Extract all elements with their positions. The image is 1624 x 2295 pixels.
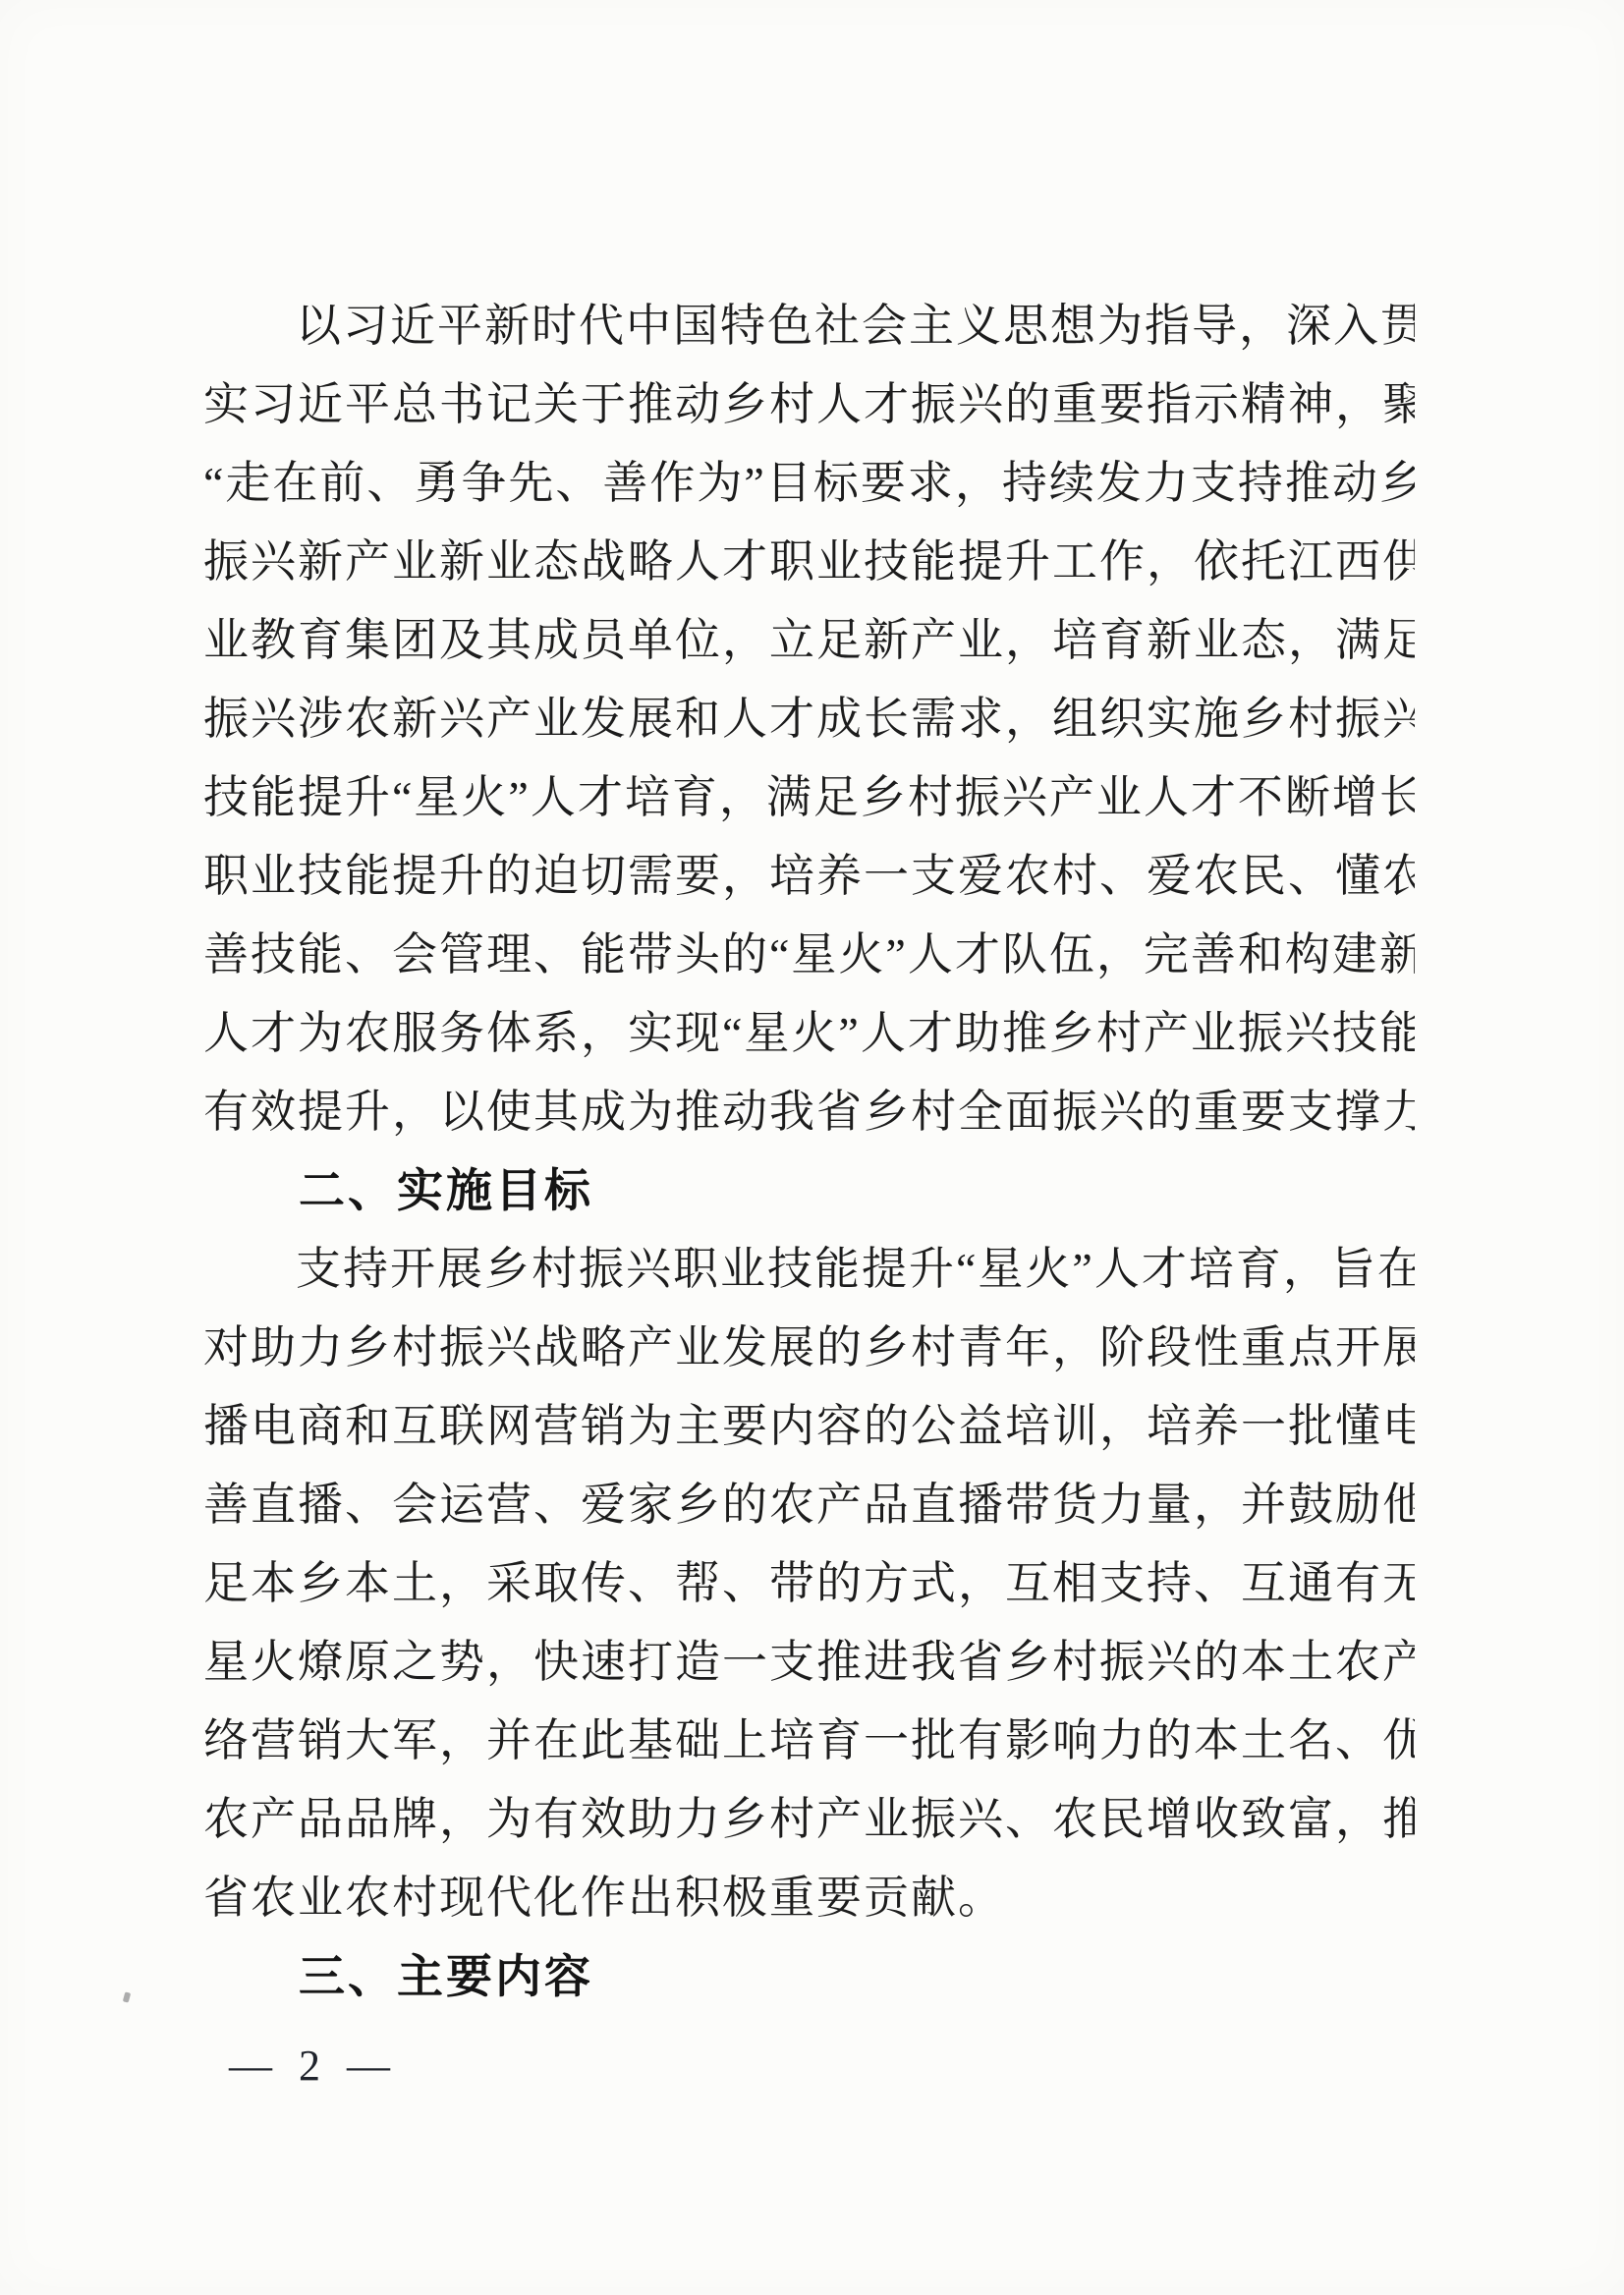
text-line: 人才为农服务体系，实现“星火”人才助推乡村产业振兴技能的	[203, 994, 1415, 1073]
page-number: — 2 —	[229, 2032, 398, 2100]
text-line: 星火燎原之势，快速打造一支推进我省乡村振兴的本土农产品网	[203, 1623, 1415, 1702]
text-line: 以习近平新时代中国特色社会主义思想为指导，深入贯彻落	[203, 287, 1415, 365]
scan-artifact	[123, 1991, 131, 2002]
paragraph-implementation-goals: 支持开展乡村振兴职业技能提升“星火”人才培育，旨在针对助力乡村振兴战略产业发展的…	[203, 1230, 1415, 1937]
text-line: 善直播、会运营、爱家乡的农产品直播带货力量，并鼓励他们立	[203, 1466, 1415, 1544]
text-line: 业教育集团及其成员单位，立足新产业，培育新业态，满足乡村	[203, 601, 1415, 680]
text-line: 农产品品牌，为有效助力乡村产业振兴、农民增收致富，推动全	[203, 1780, 1415, 1859]
text-line: 络营销大军，并在此基础上培育一批有影响力的本土名、优、特	[203, 1702, 1415, 1780]
text-line: 实习近平总书记关于推动乡村人才振兴的重要指示精神，聚焦	[203, 365, 1415, 444]
text-line: 省农业农村现代化作出积极重要贡献。	[203, 1859, 1415, 1937]
text-line: 对助力乡村振兴战略产业发展的乡村青年，阶段性重点开展以直	[203, 1309, 1415, 1387]
text-line: 技能提升“星火”人才培育，满足乡村振兴产业人才不断增长的	[203, 758, 1415, 837]
text-line: 职业技能提升的迫切需要，培养一支爱农村、爱农民、懂农业、	[203, 837, 1415, 916]
text-line: 振兴新产业新业态战略人才职业技能提升工作，依托江西供销职	[203, 523, 1415, 601]
text-line: 善技能、会管理、能带头的“星火”人才队伍，完善和构建新型	[203, 916, 1415, 994]
paragraph-guiding-ideology: 以习近平新时代中国特色社会主义思想为指导，深入贯彻落实习近平总书记关于推动乡村人…	[203, 287, 1415, 1151]
text-line: “走在前、勇争先、善作为”目标要求，持续发力支持推动乡村	[203, 444, 1415, 523]
heading-implementation-goals: 二、实施目标	[203, 1151, 1415, 1230]
text-line: 有效提升，以使其成为推动我省乡村全面振兴的重要支撑力量。	[203, 1073, 1415, 1151]
text-line: 播电商和互联网营销为主要内容的公益培训，培养一批懂电商、	[203, 1387, 1415, 1466]
heading-main-content: 三、主要内容	[203, 1937, 1415, 2016]
text-line: 足本乡本土，采取传、帮、带的方式，互相支持、互通有无，以	[203, 1544, 1415, 1623]
text-line: 支持开展乡村振兴职业技能提升“星火”人才培育，旨在针	[203, 1230, 1415, 1309]
document-body: 以习近平新时代中国特色社会主义思想为指导，深入贯彻落实习近平总书记关于推动乡村人…	[203, 287, 1415, 2016]
text-line: 振兴涉农新兴产业发展和人才成长需求，组织实施乡村振兴职业	[203, 680, 1415, 758]
document-page: 以习近平新时代中国特色社会主义思想为指导，深入贯彻落实习近平总书记关于推动乡村人…	[0, 0, 1624, 2295]
